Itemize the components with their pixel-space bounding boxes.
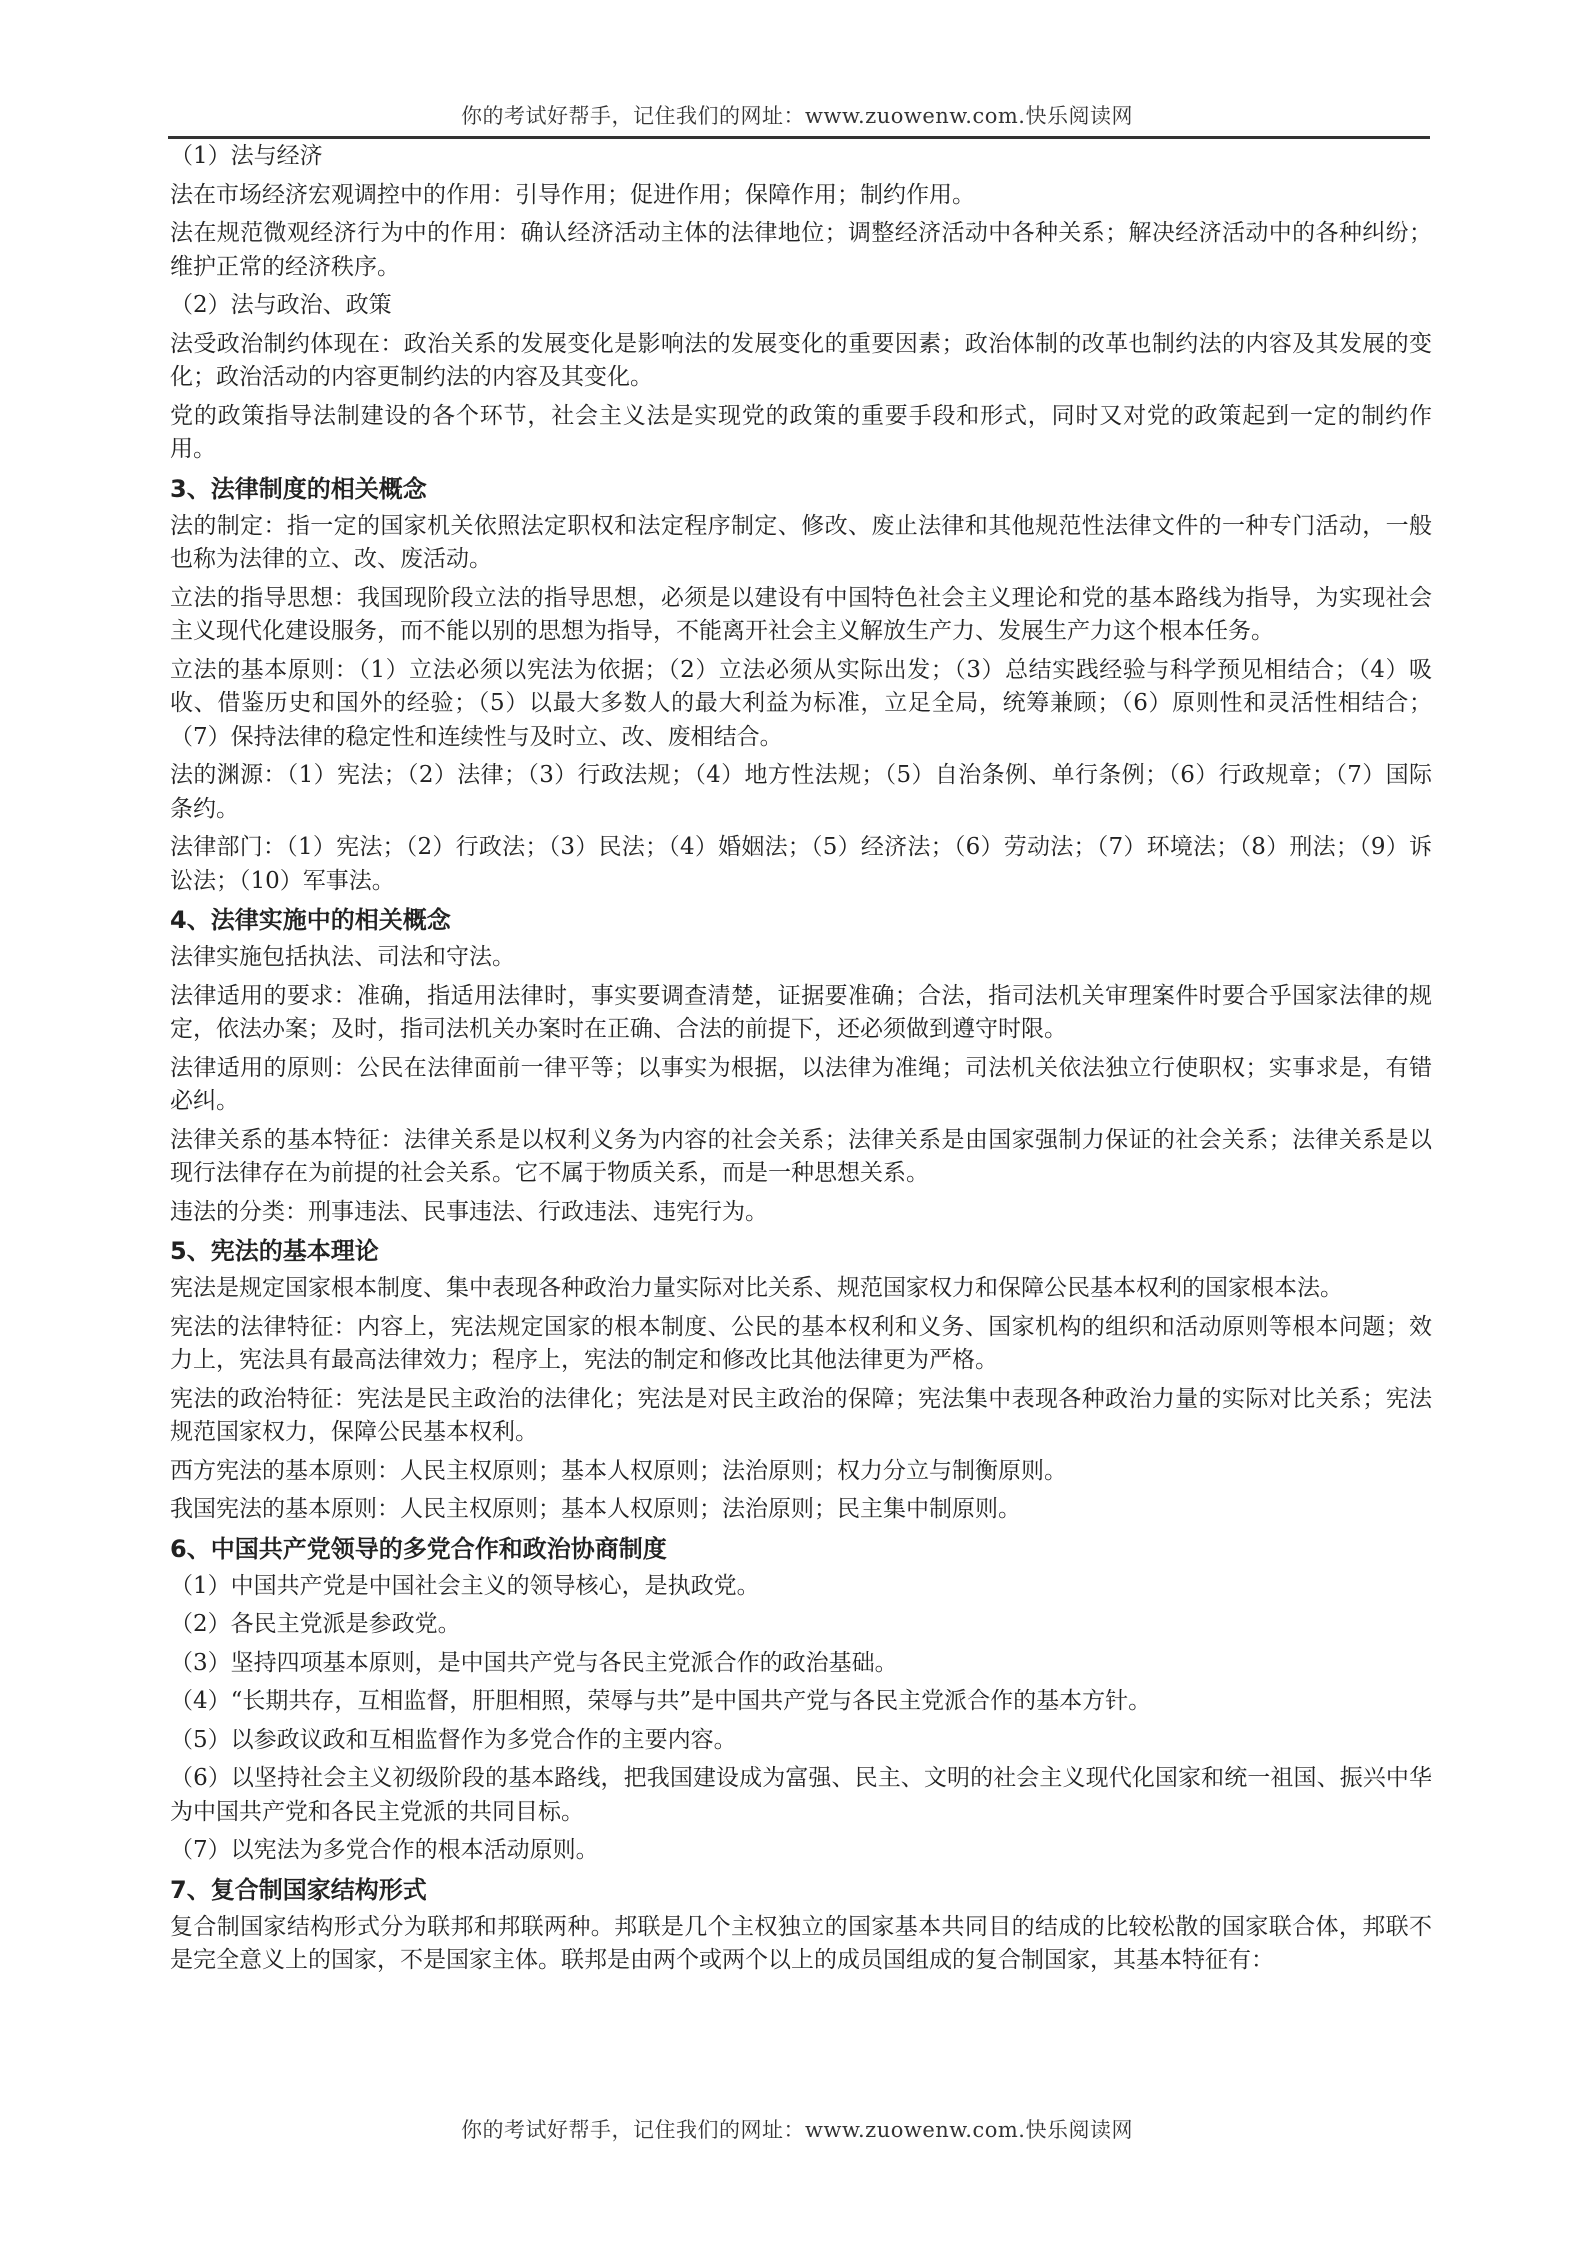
paragraph: 立法的基本原则：（1）立法必须以宪法为依据；（2）立法必须从实际出发；（3）总结…	[170, 654, 1432, 755]
paragraph: 法律适用的原则：公民在法律面前一律平等；以事实为根据，以法律为准绳；司法机关依法…	[170, 1052, 1432, 1119]
list-item: （5）以参政议政和互相监督作为多党合作的主要内容。	[170, 1724, 1432, 1758]
paragraph: 党的政策指导法制建设的各个环节，社会主义法是实现党的政策的重要手段和形式，同时又…	[170, 400, 1432, 467]
paragraph: 法的制定：指一定的国家机关依照法定职权和法定程序制定、修改、废止法律和其他规范性…	[170, 510, 1432, 577]
paragraph: 西方宪法的基本原则：人民主权原则；基本人权原则；法治原则；权力分立与制衡原则。	[170, 1455, 1432, 1489]
list-item: （3）坚持四项基本原则，是中国共产党与各民主党派合作的政治基础。	[170, 1647, 1432, 1681]
paragraph: 法律适用的要求：准确，指适用法律时，事实要调查清楚，证据要准确；合法，指司法机关…	[170, 980, 1432, 1047]
list-item: （7）以宪法为多党合作的根本活动原则。	[170, 1834, 1432, 1868]
paragraph: 我国宪法的基本原则：人民主权原则；基本人权原则；法治原则；民主集中制原则。	[170, 1493, 1432, 1527]
section-heading: 7、复合制国家结构形式	[170, 1873, 1432, 1907]
subsection-heading: （2）法与政治、政策	[170, 289, 1432, 323]
paragraph: 法在规范微观经济行为中的作用：确认经济活动主体的法律地位；调整经济活动中各种关系…	[170, 217, 1432, 284]
document-body: （1）法与经济 法在市场经济宏观调控中的作用：引导作用；促进作用；保障作用；制约…	[170, 140, 1432, 1983]
paragraph: 法的渊源：（1）宪法；（2）法律；（3）行政法规；（4）地方性法规；（5）自治条…	[170, 759, 1432, 826]
section-heading: 6、中国共产党领导的多党合作和政治协商制度	[170, 1532, 1432, 1566]
header-rule	[168, 136, 1430, 139]
subsection-heading: （1）法与经济	[170, 140, 1432, 174]
section-heading: 4、法律实施中的相关概念	[170, 903, 1432, 937]
paragraph: 宪法的政治特征：宪法是民主政治的法律化；宪法是对民主政治的保障；宪法集中表现各种…	[170, 1383, 1432, 1450]
list-item: （2）各民主党派是参政党。	[170, 1608, 1432, 1642]
list-item: （6）以坚持社会主义初级阶段的基本路线，把我国建设成为富强、民主、文明的社会主义…	[170, 1762, 1432, 1829]
paragraph: 法律实施包括执法、司法和守法。	[170, 941, 1432, 975]
paragraph: 法律关系的基本特征：法律关系是以权利义务为内容的社会关系；法律关系是由国家强制力…	[170, 1124, 1432, 1191]
page-footer: 你的考试好帮手，记住我们的网址：www.zuowenw.com.快乐阅读网	[0, 2114, 1594, 2144]
paragraph: 宪法的法律特征：内容上，宪法规定国家的根本制度、公民的基本权利和义务、国家机构的…	[170, 1311, 1432, 1378]
paragraph: 违法的分类：刑事违法、民事违法、行政违法、违宪行为。	[170, 1196, 1432, 1230]
paragraph: 宪法是规定国家根本制度、集中表现各种政治力量实际对比关系、规范国家权力和保障公民…	[170, 1272, 1432, 1306]
paragraph: 立法的指导思想：我国现阶段立法的指导思想，必须是以建设有中国特色社会主义理论和党…	[170, 582, 1432, 649]
section-heading: 3、法律制度的相关概念	[170, 472, 1432, 506]
paragraph: 法律部门：（1）宪法；（2）行政法；（3）民法；（4）婚姻法；（5）经济法；（6…	[170, 831, 1432, 898]
paragraph: 复合制国家结构形式分为联邦和邦联两种。邦联是几个主权独立的国家基本共同目的结成的…	[170, 1911, 1432, 1978]
paragraph: 法在市场经济宏观调控中的作用：引导作用；促进作用；保障作用；制约作用。	[170, 179, 1432, 213]
page-header: 你的考试好帮手，记住我们的网址：www.zuowenw.com.快乐阅读网	[0, 100, 1594, 130]
paragraph: 法受政治制约体现在：政治关系的发展变化是影响法的发展变化的重要因素；政治体制的改…	[170, 328, 1432, 395]
list-item: （4）“长期共存，互相监督，肝胆相照，荣辱与共”是中国共产党与各民主党派合作的基…	[170, 1685, 1432, 1719]
list-item: （1）中国共产党是中国社会主义的领导核心，是执政党。	[170, 1570, 1432, 1604]
section-heading: 5、宪法的基本理论	[170, 1234, 1432, 1268]
